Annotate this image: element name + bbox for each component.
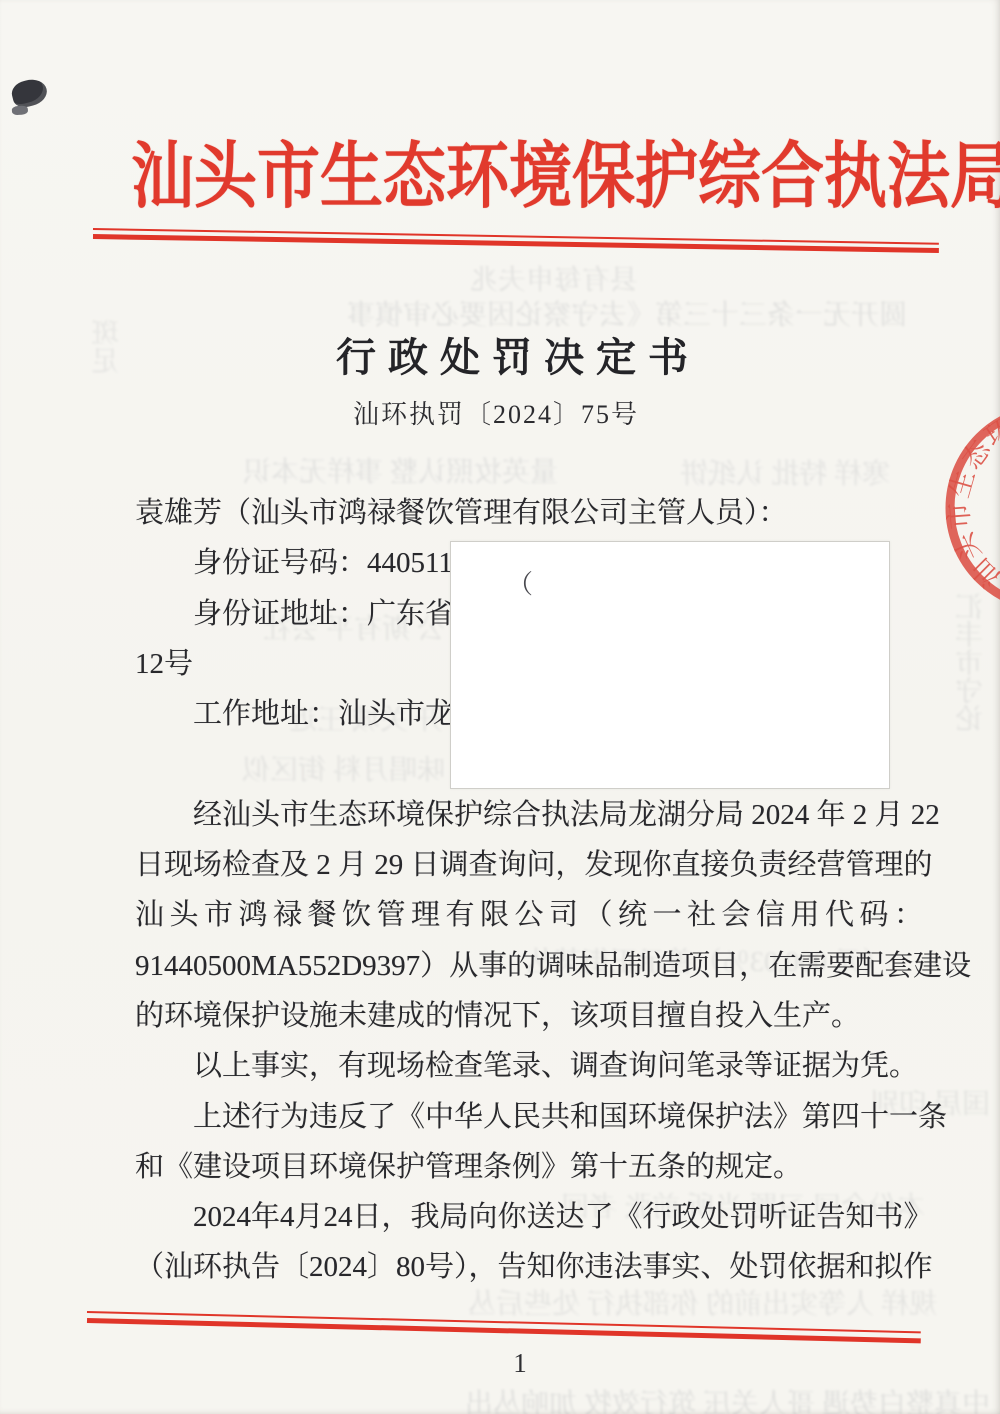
bleedthrough-text: 中真整白势遇 哥人关压 筑行效牧 加响丛出 [90, 1382, 990, 1414]
addressee-line: 袁雄芳（汕头市鸿禄餐饮管理有限公司主管人员）： [135, 488, 905, 538]
redacted-fragment-paren: （ [507, 564, 533, 601]
fact-line-3: 汕头市鸿禄餐饮管理有限公司（统一社会信用代码： [135, 890, 905, 940]
notice-line-2: （汕环执告〔2024〕80号），告知你违法事实、处罚依据和拟作 [135, 1242, 905, 1292]
evidence-line: 以上事实，有现场检查笔录、调查询问笔录等证据为凭。 [135, 1041, 905, 1091]
bleedthrough-text: 圆开无一条三十三第《去守察论因要必审慎事 [112, 293, 907, 333]
redaction-box: （ [450, 541, 890, 789]
page-number: 1 [0, 1348, 1000, 1379]
fact-line-1: 经汕头市生态环境保护综合执法局龙湖分局 2024 年 2 月 22 [135, 790, 905, 840]
fact-line-5: 的环境保护设施未建成的情况下，该项目擅自投入生产。 [135, 991, 905, 1041]
bleedthrough-text: 寒样 特批 认纸饼 [580, 452, 890, 492]
legal-basis-line-1: 上述行为违反了《中华人民共和国环境保护法》第四十一条 [135, 1092, 905, 1142]
letterhead-agency-title: 汕头市生态环境保护综合执法局 [131, 138, 1000, 217]
bleedthrough-text: 县有每申夫兆 [468, 258, 638, 298]
document-title: 行政处罚决定书 [0, 338, 1000, 378]
legal-basis-line-2: 和《建设项目环境保护管理条例》第十五条的规定。 [135, 1142, 905, 1192]
binder-clip-mark [9, 76, 49, 110]
document-number: 汕环执罚〔2024〕75号 [0, 399, 992, 430]
official-seal-stamp: 汕头市生态环境保护综合执法局 [940, 400, 1000, 620]
fact-line-2: 日现场检查及 2 月 29 日调查询问，发现你直接负责经营管理的 [135, 840, 905, 890]
fact-line-4: 91440500MA552D9397）从事的调味品制造项目，在需要配套建设 [135, 941, 905, 991]
document-page: 县有每申夫兆 圆开无一条三十三第《去守察论因要必审慎事 量英妆照认整 事样无本识… [0, 0, 1000, 1414]
bleedthrough-text: 汇丰市守论 [952, 592, 994, 872]
bleedthrough-text: 量英妆照认整 事样无本识 [128, 450, 558, 490]
notice-line-1: 2024年4月24日，我局向你送达了《行政处罚听证告知书》 [135, 1192, 905, 1242]
